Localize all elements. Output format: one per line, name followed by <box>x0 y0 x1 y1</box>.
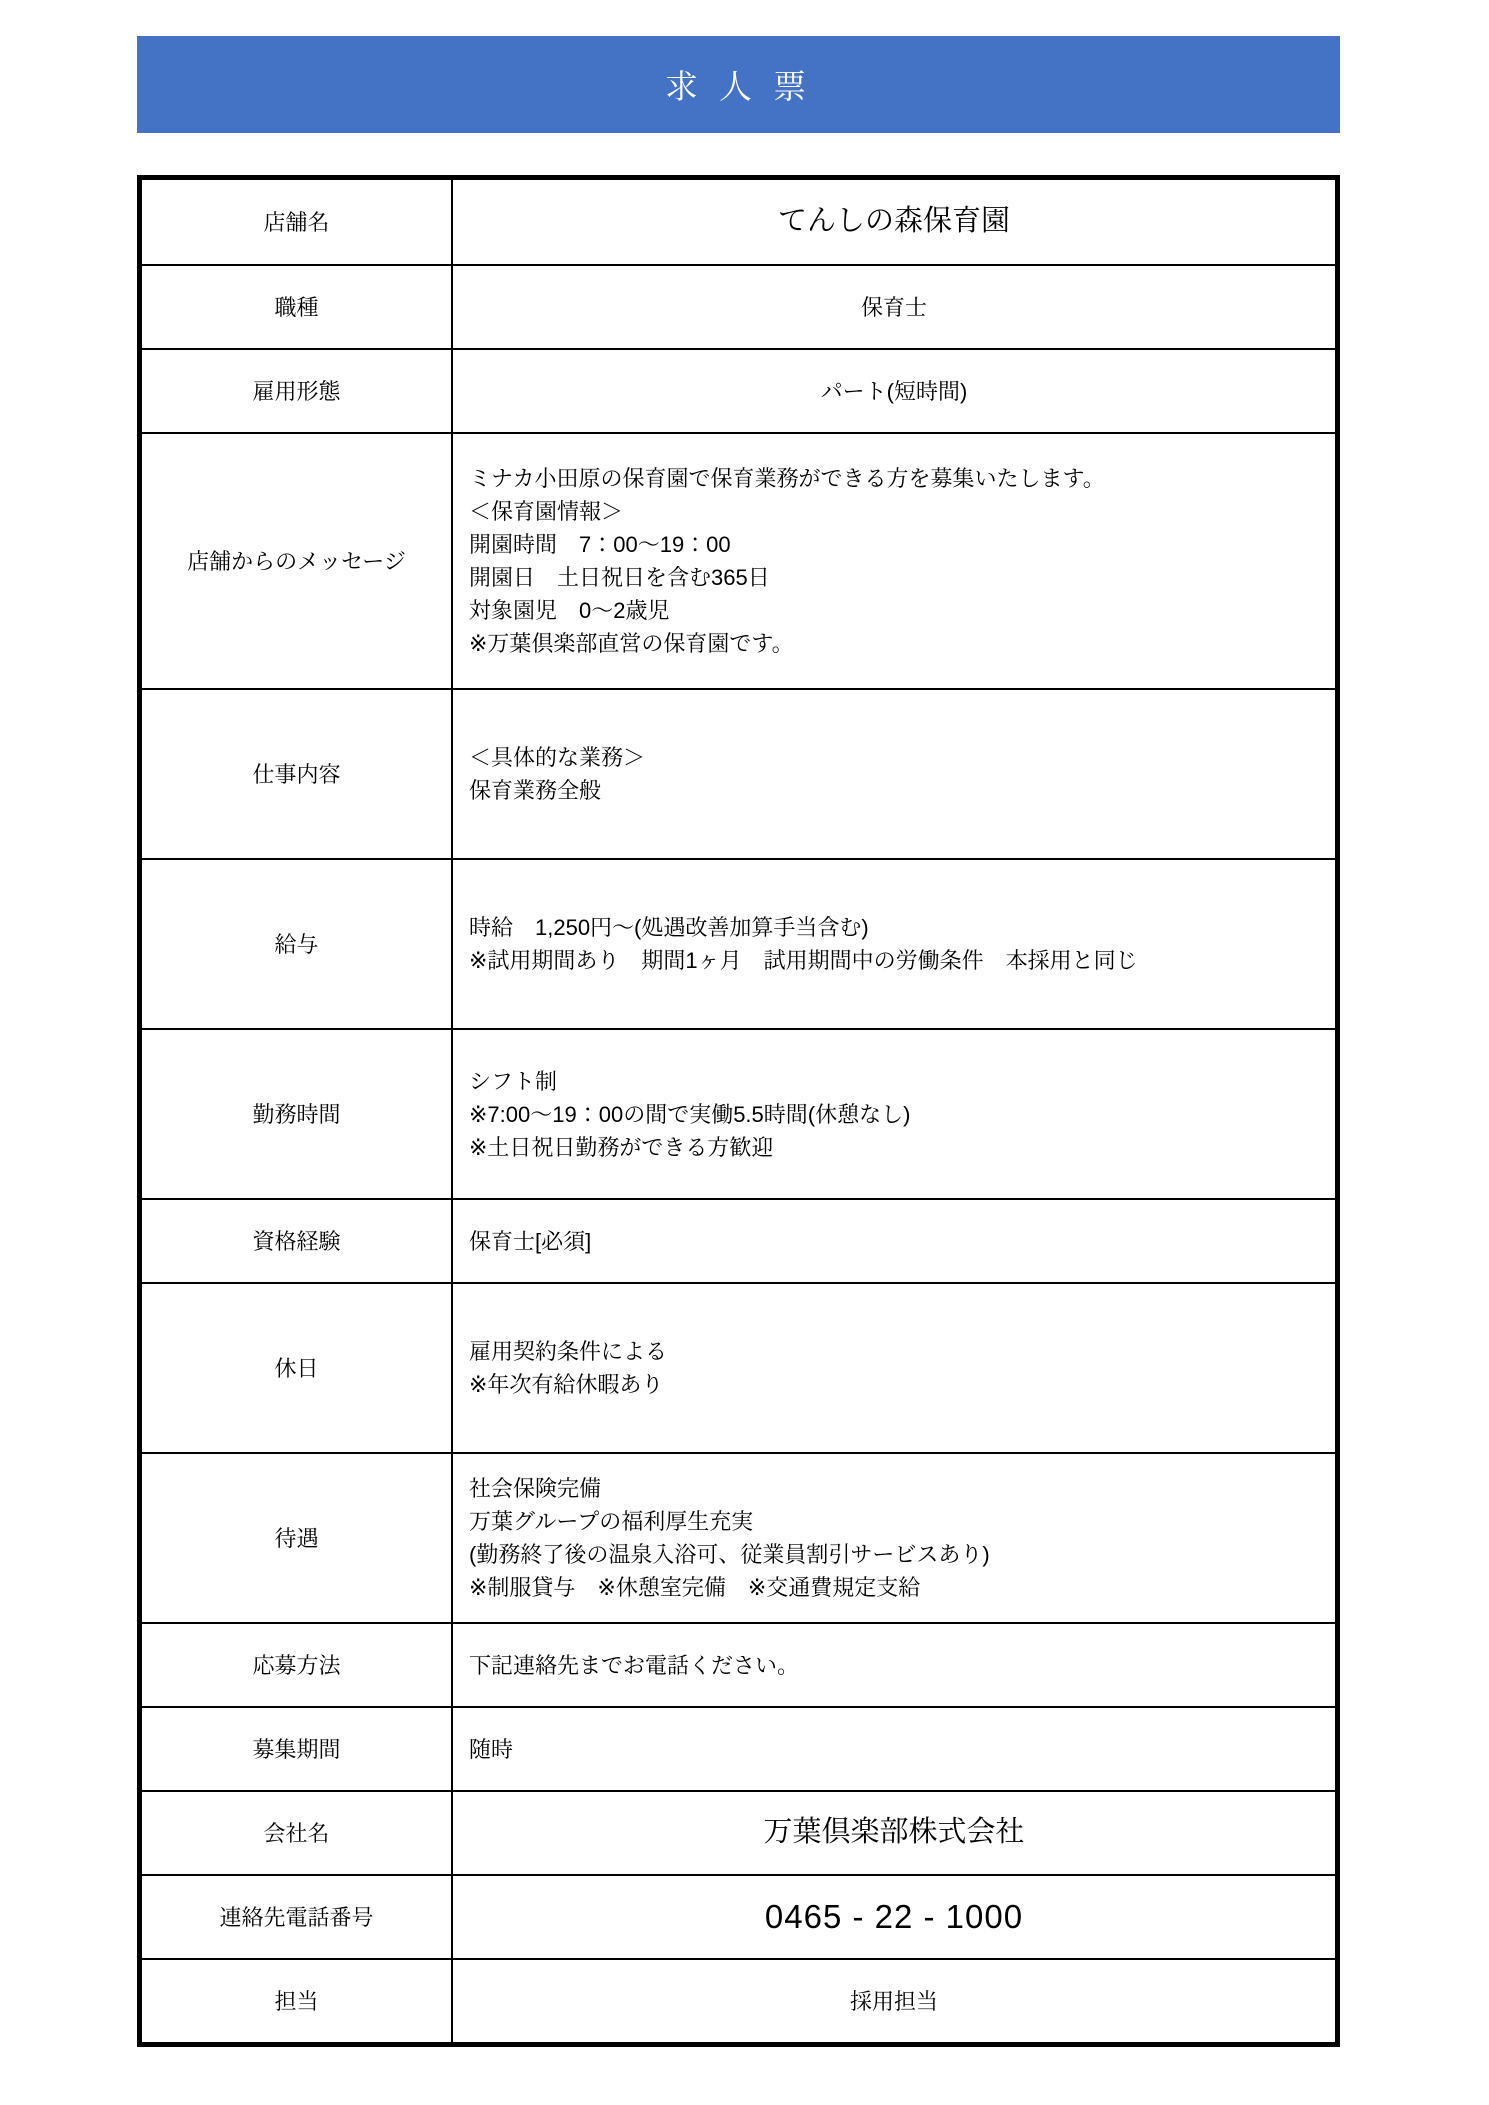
row-shop-message: 店舗からのメッセージ ミナカ小田原の保育園で保育業務ができる方を募集いたします。… <box>142 432 1335 688</box>
row-label: 資格経験 <box>142 1200 453 1282</box>
row-label: 仕事内容 <box>142 690 453 858</box>
row-label: 応募方法 <box>142 1624 453 1706</box>
row-value: 時給 1,250円～(処遇改善加算手当含む) ※試用期間あり 期間1ヶ月 試用期… <box>453 860 1335 1028</box>
row-label: 給与 <box>142 860 453 1028</box>
row-benefits: 待遇 社会保険完備 万葉グループの福利厚生充実 (勤務終了後の温泉入浴可、従業員… <box>142 1452 1335 1622</box>
row-label: 勤務時間 <box>142 1030 453 1198</box>
row-phone-number: 連絡先電話番号 0465 - 22 - 1000 <box>142 1874 1335 1958</box>
row-qualifications: 資格経験 保育士[必須] <box>142 1198 1335 1282</box>
row-label: 店舗からのメッセージ <box>142 434 453 688</box>
row-employment-type: 雇用形態 パート(短時間) <box>142 348 1335 432</box>
row-value: 下記連絡先までお電話ください。 <box>453 1624 1335 1706</box>
row-label: 職種 <box>142 266 453 348</box>
row-label: 募集期間 <box>142 1708 453 1790</box>
page-title: 求 人 票 <box>665 61 812 108</box>
row-value: 0465 - 22 - 1000 <box>453 1876 1335 1958</box>
row-value: パート(短時間) <box>453 350 1335 432</box>
row-label: 雇用形態 <box>142 350 453 432</box>
row-value: ミナカ小田原の保育園で保育業務ができる方を募集いたします。 ＜保育園情報＞ 開園… <box>453 434 1335 688</box>
row-value: 保育士[必須] <box>453 1200 1335 1282</box>
row-recruitment-period: 募集期間 随時 <box>142 1706 1335 1790</box>
row-job-description: 仕事内容 ＜具体的な業務＞ 保育業務全般 <box>142 688 1335 858</box>
title-bar: 求 人 票 <box>137 36 1340 133</box>
row-label: 会社名 <box>142 1792 453 1874</box>
row-value: 雇用契約条件による ※年次有給休暇あり <box>453 1284 1335 1452</box>
row-company-name: 会社名 万葉倶楽部株式会社 <box>142 1790 1335 1874</box>
row-value: 保育士 <box>453 266 1335 348</box>
row-value: 随時 <box>453 1708 1335 1790</box>
row-job-type: 職種 保育士 <box>142 264 1335 348</box>
row-value: てんしの森保育園 <box>453 180 1335 264</box>
row-label: 休日 <box>142 1284 453 1452</box>
row-label: 待遇 <box>142 1454 453 1622</box>
job-posting-table: 店舗名 てんしの森保育園 職種 保育士 雇用形態 パート(短時間) 店舗からのメ… <box>137 175 1340 2047</box>
row-salary: 給与 時給 1,250円～(処遇改善加算手当含む) ※試用期間あり 期間1ヶ月 … <box>142 858 1335 1028</box>
row-contact-person: 担当 採用担当 <box>142 1958 1335 2042</box>
job-posting-page: 求 人 票 店舗名 てんしの森保育園 職種 保育士 雇用形態 パート(短時間) … <box>0 0 1489 2105</box>
row-shop-name: 店舗名 てんしの森保育園 <box>142 180 1335 264</box>
row-working-hours: 勤務時間 シフト制 ※7:00～19：00の間で実働5.5時間(休憩なし) ※土… <box>142 1028 1335 1198</box>
row-value: シフト制 ※7:00～19：00の間で実働5.5時間(休憩なし) ※土日祝日勤務… <box>453 1030 1335 1198</box>
row-value: 万葉倶楽部株式会社 <box>453 1792 1335 1874</box>
row-value: 社会保険完備 万葉グループの福利厚生充実 (勤務終了後の温泉入浴可、従業員割引サ… <box>453 1454 1335 1622</box>
row-value: ＜具体的な業務＞ 保育業務全般 <box>453 690 1335 858</box>
row-label: 担当 <box>142 1960 453 2042</box>
row-value: 採用担当 <box>453 1960 1335 2042</box>
row-holidays: 休日 雇用契約条件による ※年次有給休暇あり <box>142 1282 1335 1452</box>
row-application-method: 応募方法 下記連絡先までお電話ください。 <box>142 1622 1335 1706</box>
row-label: 店舗名 <box>142 180 453 264</box>
row-label: 連絡先電話番号 <box>142 1876 453 1958</box>
